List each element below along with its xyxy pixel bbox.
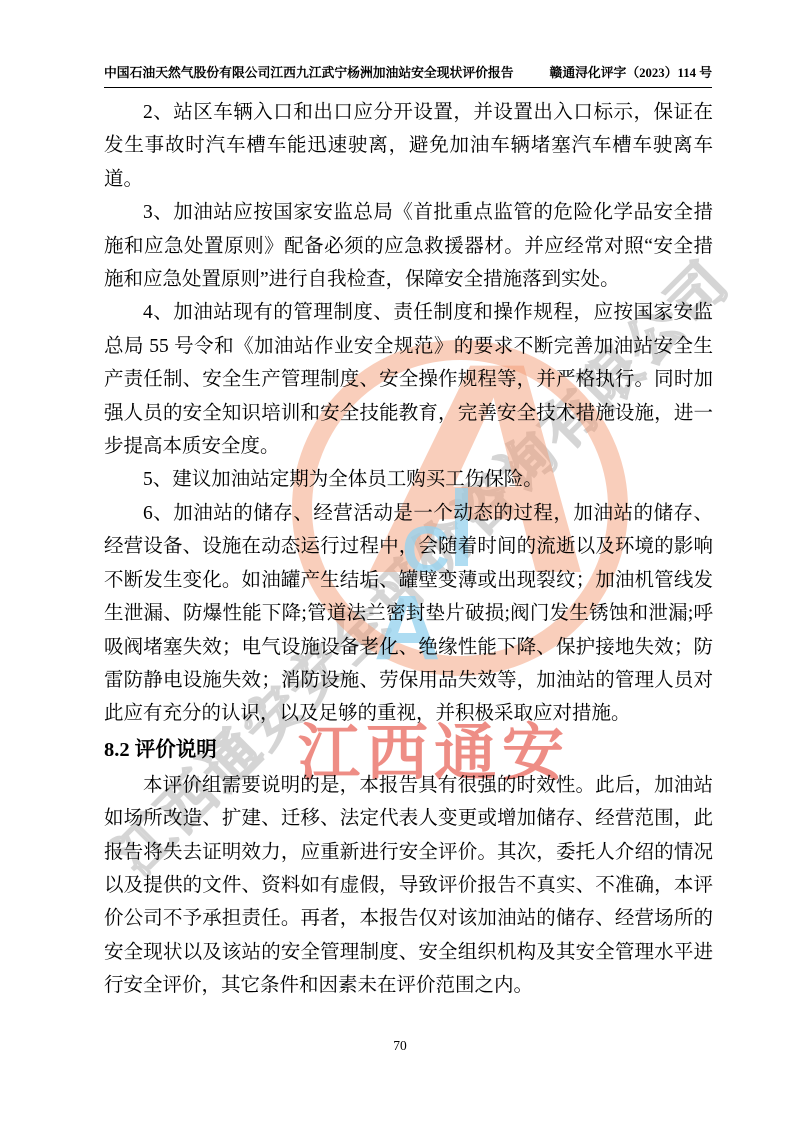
- page-number: 70: [0, 1038, 800, 1054]
- page-header: 中国石油天然气股份有限公司江西九江武宁杨洲加油站安全现状评价报告 赣通浔化评字（…: [104, 62, 712, 88]
- header-report-title: 中国石油天然气股份有限公司江西九江武宁杨洲加油站安全现状评价报告: [104, 62, 514, 81]
- paragraph-item-3: 3、加油站应按国家安监总局《首批重点监管的危险化学品安全措施和应急处置原则》配备…: [104, 196, 713, 296]
- paragraph-item-4: 4、加油站现有的管理制度、责任制度和操作规程，应按国家安监总局 55 号令和《加…: [104, 296, 713, 463]
- paragraph-item-5: 5、建议加油站定期为全体员工购买工伤保险。: [104, 463, 713, 496]
- main-text: 2、站区车辆入口和出口应分开设置，并设置出入口标示，保证在发生事故时汽车槽车能迅…: [104, 96, 713, 1003]
- paragraph-item-6: 6、加油站的储存、经营活动是一个动态的过程，加油站的储存、经营设备、设施在动态运…: [104, 497, 713, 731]
- document-page: 江西通安安全评价咨询有限公司 A C A 江西通安 中国石油天然气股份有限公司江…: [0, 0, 800, 1131]
- header-document-number: 赣通浔化评字（2023）114 号: [550, 62, 712, 81]
- section-heading: 8.2 评价说明: [104, 734, 713, 767]
- paragraph-item-2: 2、站区车辆入口和出口应分开设置，并设置出入口标示，保证在发生事故时汽车槽车能迅…: [104, 96, 713, 196]
- section-body-paragraph: 本评价组需要说明的是，本报告具有很强的时效性。此后，加油站如场所改造、扩建、迁移…: [104, 769, 713, 1003]
